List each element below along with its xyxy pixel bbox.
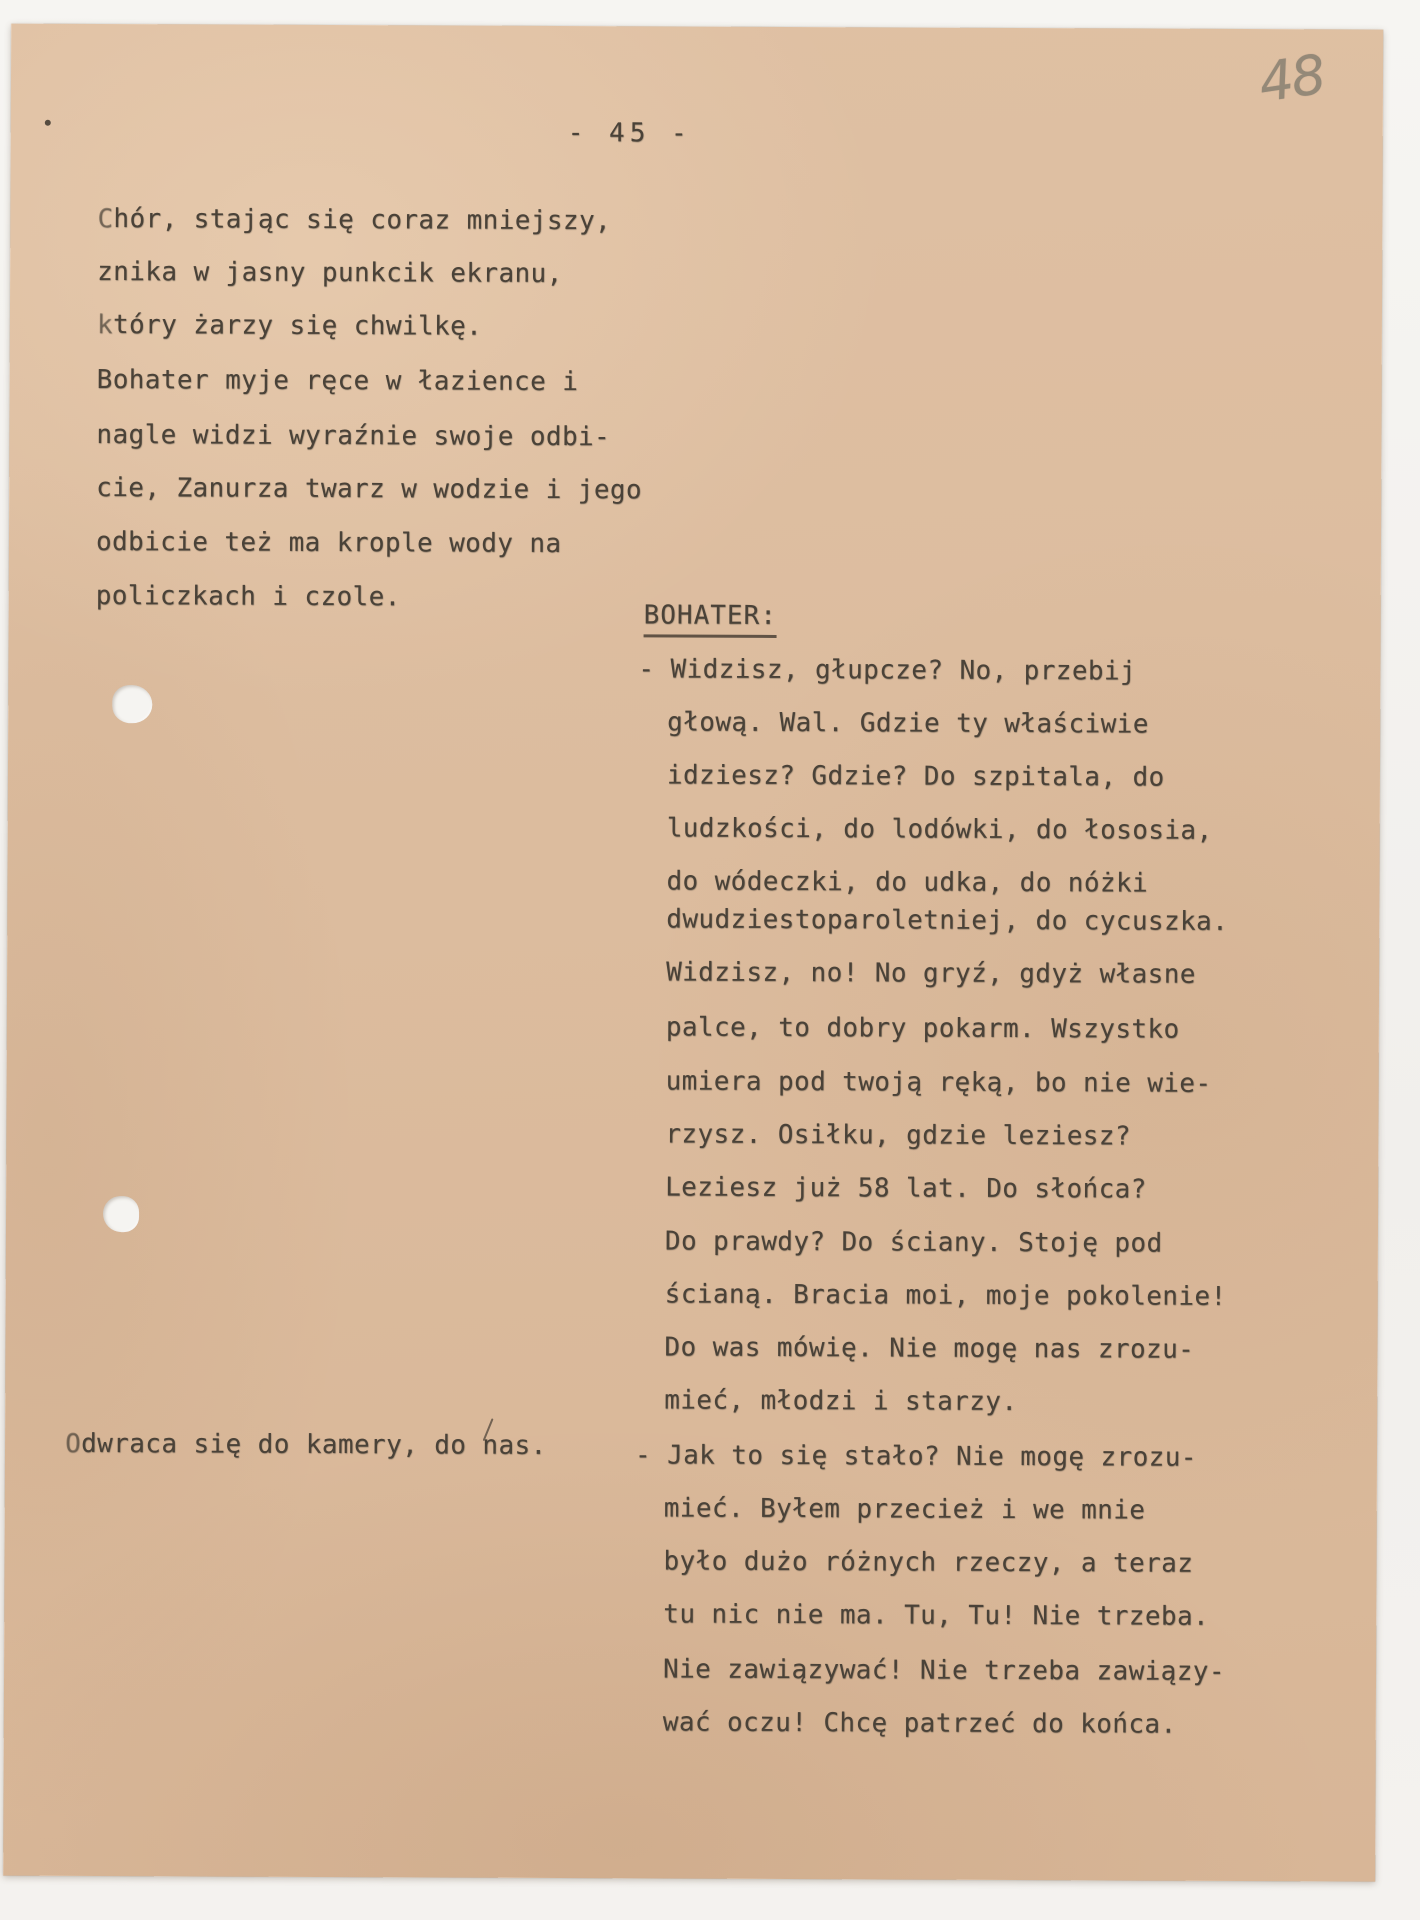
scene-direction-line: znika w jasny punkcik ekranu, <box>97 258 563 290</box>
scene-direction-line: odbicie też ma krople wody na <box>96 528 562 560</box>
dialogue-line: do wódeczki, do udka, do nóżki <box>666 867 1148 899</box>
dialogue-line: Do was mówię. Nie mogę nas zrozu- <box>664 1333 1194 1365</box>
dialogue-line: wać oczu! Chcę patrzeć do końca. <box>663 1708 1177 1740</box>
dialogue-speaker-heading: BOHATER: <box>644 601 777 637</box>
dialogue-line: mieć. Byłem przecież i we mnie <box>664 1494 1146 1526</box>
dialogue-line: dwudziestoparoletniej, do cycuszka. <box>666 905 1228 937</box>
scene-direction-line: cie, Zanurza twarz w wodzie i jego <box>96 474 642 506</box>
dialogue-line: Do prawdy? Do ściany. Stoję pod <box>665 1227 1163 1259</box>
dialogue-line: rzysz. Osiłku, gdzie leziesz? <box>665 1120 1131 1152</box>
script-page: - 45 - 48 Chór, stając się coraz mniejsz… <box>3 24 1383 1882</box>
dialogue-line: ludzkości, do lodówki, do łososia, <box>667 814 1213 846</box>
handwritten-page-number: 48 <box>1255 43 1329 115</box>
dialogue-line: mieć, młodzi i starzy. <box>664 1386 1017 1417</box>
scene-direction-line: nagle widzi wyraźnie swoje odbi- <box>96 421 610 453</box>
scene-direction-line: Bohater myje ręce w łazience i <box>97 366 579 398</box>
dialogue-line: Nie zawiązywać! Nie trzeba zawiązy- <box>663 1655 1225 1687</box>
dialogue-line: Widzisz, no! No gryź, gdyż własne <box>666 958 1196 990</box>
dialogue-line: Leziesz już 58 lat. Do słońca? <box>665 1173 1147 1205</box>
dialogue-line: tu nic nie ma. Tu, Tu! Nie trzeba. <box>663 1600 1209 1632</box>
dialogue-line: - Widzisz, głupcze? No, przebij <box>638 655 1136 687</box>
dialogue-line: umiera pod twoją ręką, bo nie wie- <box>666 1067 1212 1099</box>
dialogue-line: palce, to dobry pokarm. Wszystko <box>666 1013 1180 1045</box>
dialogue-line: było dużo różnych rzeczy, a teraz <box>663 1547 1193 1579</box>
dialogue-line: głową. Wal. Gdzie ty właściwie <box>667 708 1149 740</box>
ink-speck <box>45 120 51 126</box>
dialogue-line: - Jak to się stało? Nie mogę zrozu- <box>635 1441 1197 1473</box>
dialogue-line: idziesz? Gdzie? Do szpitala, do <box>667 761 1165 793</box>
scene-direction-line: Chór, stając się coraz mniejszy, <box>97 205 611 237</box>
punch-hole-top <box>112 685 152 723</box>
page-number: - 45 - <box>568 119 692 149</box>
scan-background: - 45 - 48 Chór, stając się coraz mniejsz… <box>0 0 1420 1920</box>
dialogue-line: ścianą. Bracia moi, moje pokolenie! <box>665 1280 1227 1312</box>
camera-direction-line: Odwraca się do kamery, do nas. <box>65 1430 547 1462</box>
scene-direction-line: policzkach i czole. <box>96 582 401 613</box>
scene-direction-line: który żarzy się chwilkę. <box>97 311 482 343</box>
punch-hole-bottom <box>103 1196 139 1232</box>
